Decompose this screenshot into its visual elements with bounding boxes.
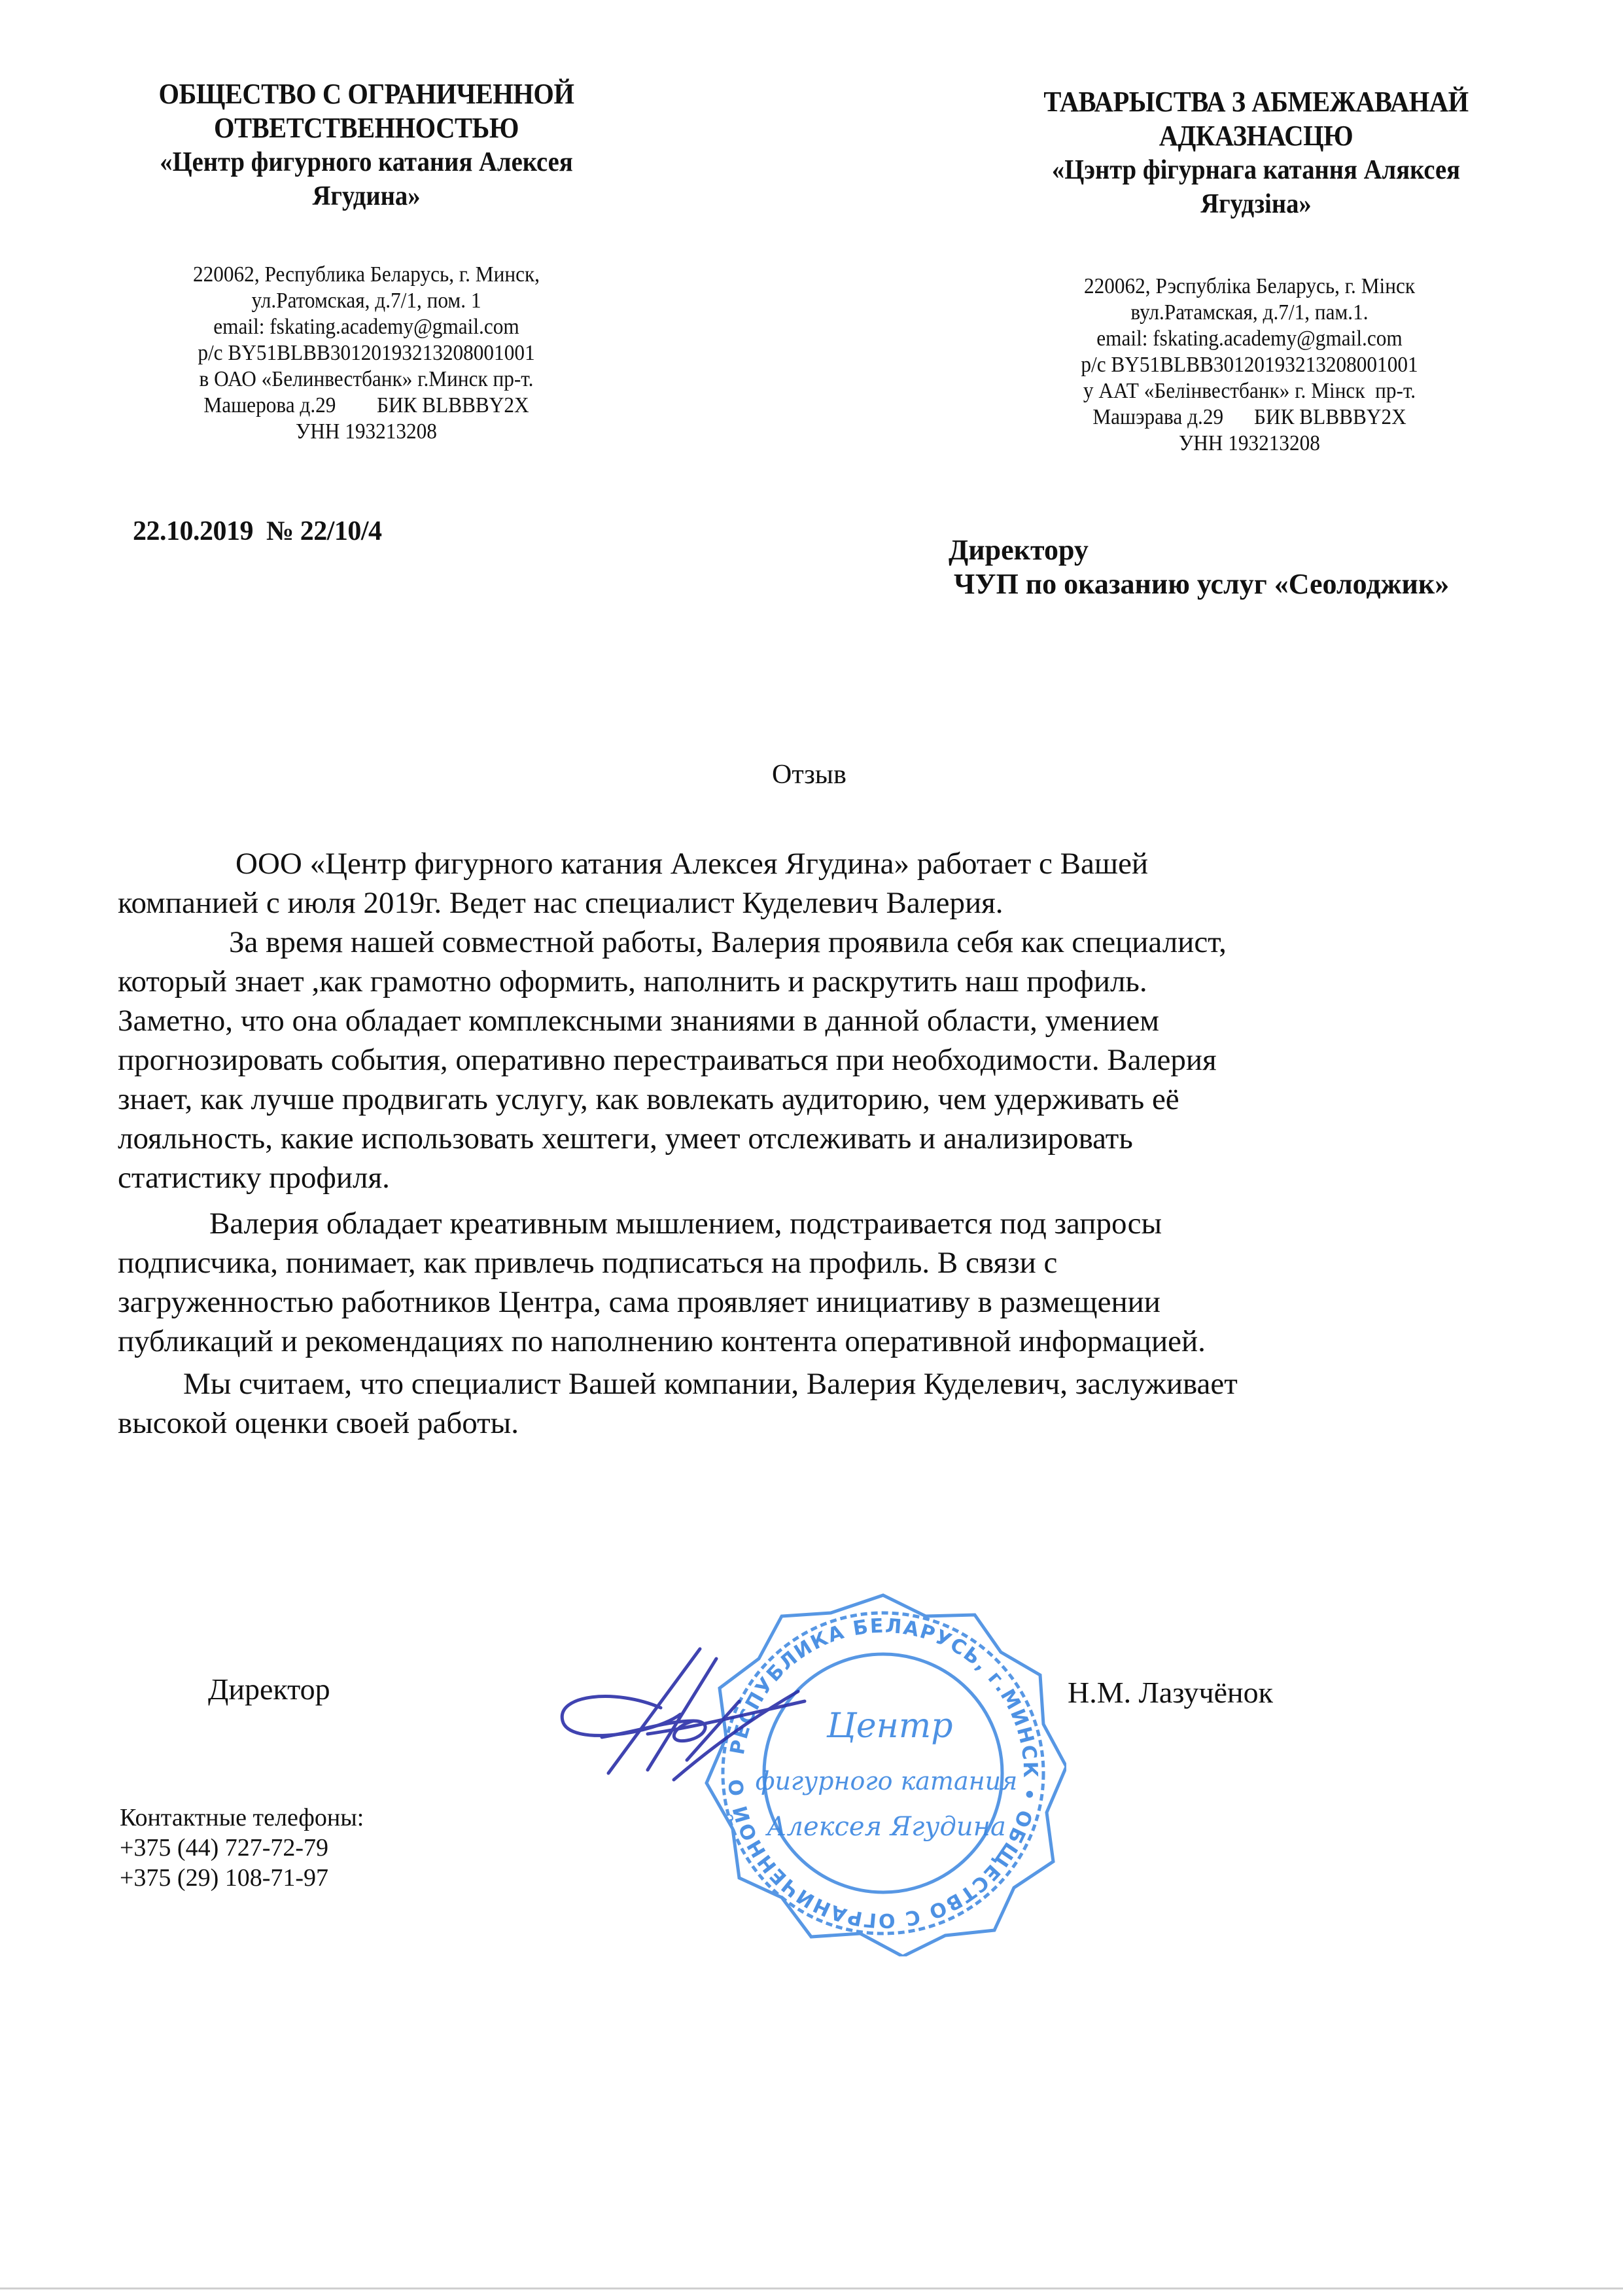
document-title: Отзыв [772,759,846,790]
body-line: прогнозировать события, оперативно перес… [118,1040,1217,1080]
body-line: За время нашей совместной работы, Валери… [229,923,1227,962]
company-legal-form-ru: ОБЩЕСТВО С ОГРАНИЧЕННОЙ ОТВЕТСТВЕННОСТЬЮ [107,77,625,145]
name-line: «Центр фигурного катания Алексея [107,145,625,179]
title-line: ОБЩЕСТВО С ОГРАНИЧЕННОЙ [107,77,625,111]
letterhead-right: ТАВАРЫСТВА З АБМЕЖАВАНАЙ АДКАЗНАСЦЮ «Цэн… [968,85,1544,221]
body-line: который знает ,как грамотно оформить, на… [118,962,1147,1001]
company-legal-form-by: ТАВАРЫСТВА З АБМЕЖАВАНАЙ АДКАЗНАСЦЮ [991,85,1521,153]
title-line: АДКАЗНАСЦЮ [991,119,1521,153]
recipient-block: Директору ЧУП по оказанию услуг «Сеолодж… [949,533,1449,601]
outgoing-date: 22.10.2019 [133,516,253,546]
name-line: Ягудина» [107,179,625,213]
signatory-name: Н.М. Лазучёнок [1068,1675,1273,1710]
company-name-ru: «Центр фигурного катания Алексея Ягудина… [107,145,625,213]
bank-account-line: р/с BY51BLBB30120193213208001001 [120,340,613,366]
bank-name-line: у ААТ «Белінвестбанк» г. Мінск пр-т. [1003,378,1496,404]
address-line: 220062, Республика Беларусь, г. Минск, [120,262,613,288]
bank-address-line: Машэрава д.29 БИК BLBBBY2X [1003,404,1496,431]
phone-number: +375 (44) 727-72-79 [120,1833,364,1863]
title-line: ОТВЕТСТВЕННОСТЬЮ [107,111,625,145]
outgoing-number: № 22/10/4 [266,516,382,546]
email-line: email: fskating.academy@gmail.com [120,314,613,340]
letterhead-left: ОБЩЕСТВО С ОГРАНИЧЕННОЙ ОТВЕТСТВЕННОСТЬЮ… [85,77,648,213]
bank-name-line: в ОАО «Белинвестбанк» г.Минск пр-т. [120,366,613,393]
body-line: компанией с июля 2019г. Ведет нас специа… [118,883,1003,923]
contacts-label: Контактные телефоны: [120,1803,364,1833]
body-line: знает, как лучше продвигать услугу, как … [118,1080,1179,1119]
unn-line: УНН 193213208 [120,419,613,445]
address-line: вул.Ратамская, д.7/1, пам.1. [1003,300,1496,326]
page-edge-line [0,2287,1623,2289]
name-line: «Цэнтр фігурнага катання Аляксея [991,153,1521,187]
bank-account-line: р/с BY51BLBB30120193213208001001 [1003,352,1496,378]
body-line: Заметно, что она обладает комплексными з… [118,1001,1159,1040]
company-name-by: «Цэнтр фігурнага катання Аляксея Ягудзін… [991,153,1521,221]
document-body: ООО «Центр фигурного катания Алексея Ягу… [118,844,1557,1433]
email-line: email: fskating.academy@gmail.com [1003,326,1496,352]
body-line: высокой оценки своей работы. [118,1404,519,1443]
svg-text:Центр: Центр [826,1706,953,1746]
title-line: ТАВАРЫСТВА З АБМЕЖАВАНАЙ [991,85,1521,119]
unn-line: УНН 193213208 [1003,431,1496,457]
body-line: ООО «Центр фигурного катания Алексея Ягу… [236,844,1148,883]
address-block-by: 220062, Рэспубліка Беларусь, г. Мінск ву… [1003,274,1496,457]
phone-number: +375 (29) 108-71-97 [120,1863,364,1893]
contacts-block: Контактные телефоны: +375 (44) 727-72-79… [120,1803,364,1893]
name-line: Ягудзіна» [991,187,1521,221]
body-line: загруженностью работников Центра, сама п… [118,1282,1161,1322]
body-line: Мы считаем, что специалист Вашей компани… [183,1364,1238,1404]
outgoing-reference: 22.10.2019 № 22/10/4 [133,516,382,547]
bank-address-line: Машерова д.29 БИК BLBBBY2X [120,393,613,419]
recipient-organization: ЧУП по оказанию услуг «Сеолоджик» [949,567,1449,601]
signature-scribble-icon [536,1623,811,1793]
address-line: ул.Ратомская, д.7/1, пом. 1 [120,288,613,314]
body-line: статистику профиля. [118,1158,390,1197]
body-line: Валерия обладает креативным мышлением, п… [209,1204,1162,1243]
address-line: 220062, Рэспубліка Беларусь, г. Мінск [1003,274,1496,300]
body-line: подписчика, понимает, как привлечь подпи… [118,1243,1057,1282]
handwritten-signature [536,1623,811,1793]
signatory-position: Директор [208,1672,330,1706]
recipient-position: Директору [949,533,1449,567]
svg-text:Алексея Ягудина: Алексея Ягудина [765,1812,1006,1842]
body-line: лояльность, какие использовать хештеги, … [118,1119,1133,1158]
address-block-ru: 220062, Республика Беларусь, г. Минск, у… [120,262,613,445]
body-line: публикаций и рекомендациях по наполнению… [118,1322,1206,1361]
